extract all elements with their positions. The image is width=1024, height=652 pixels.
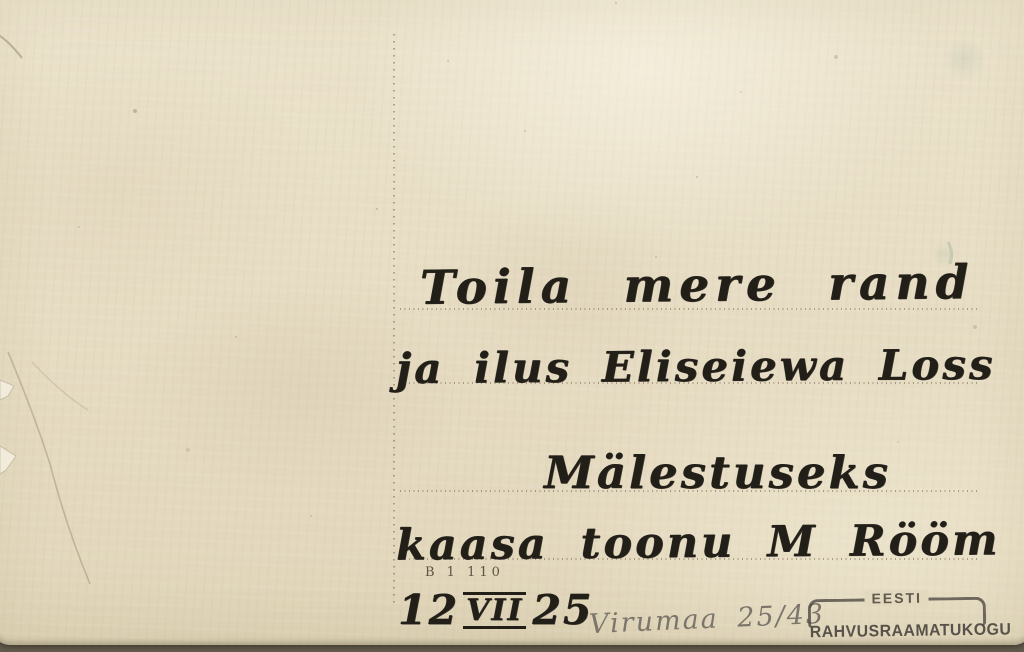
date-day: 12 bbox=[398, 586, 459, 634]
handwritten-message-line-3: Mälestuseks bbox=[544, 450, 891, 495]
handwritten-signature-line: kaasa toonu M Rööm bbox=[396, 519, 1001, 567]
postcard-center-divider-dotted bbox=[393, 34, 395, 606]
postcard-paper: Toila mere rand ja ilus Eliseiewa Loss M… bbox=[0, 0, 1024, 645]
printer-code: B 1 110 bbox=[425, 565, 504, 580]
date-year: 25 bbox=[532, 586, 593, 634]
handwritten-date: 12VII25 bbox=[398, 590, 593, 631]
stamp-country-label: EESTI bbox=[864, 590, 929, 607]
date-month-roman-numeral: VII bbox=[463, 592, 526, 629]
pencil-catalog-note: Virumaa 25/43 bbox=[588, 599, 825, 640]
library-stamp: EESTI RAHVUSRAAMATUKOGU bbox=[806, 589, 989, 644]
handwritten-message-line-2: ja ilus Eliseiewa Loss bbox=[396, 344, 996, 390]
scanned-postcard-back: Toila mere rand ja ilus Eliseiewa Loss M… bbox=[0, 0, 1024, 652]
stamp-institution-label: RAHVUSRAAMATUKOGU bbox=[810, 621, 985, 642]
handwritten-message-line-1: Toila mere rand bbox=[420, 259, 975, 312]
